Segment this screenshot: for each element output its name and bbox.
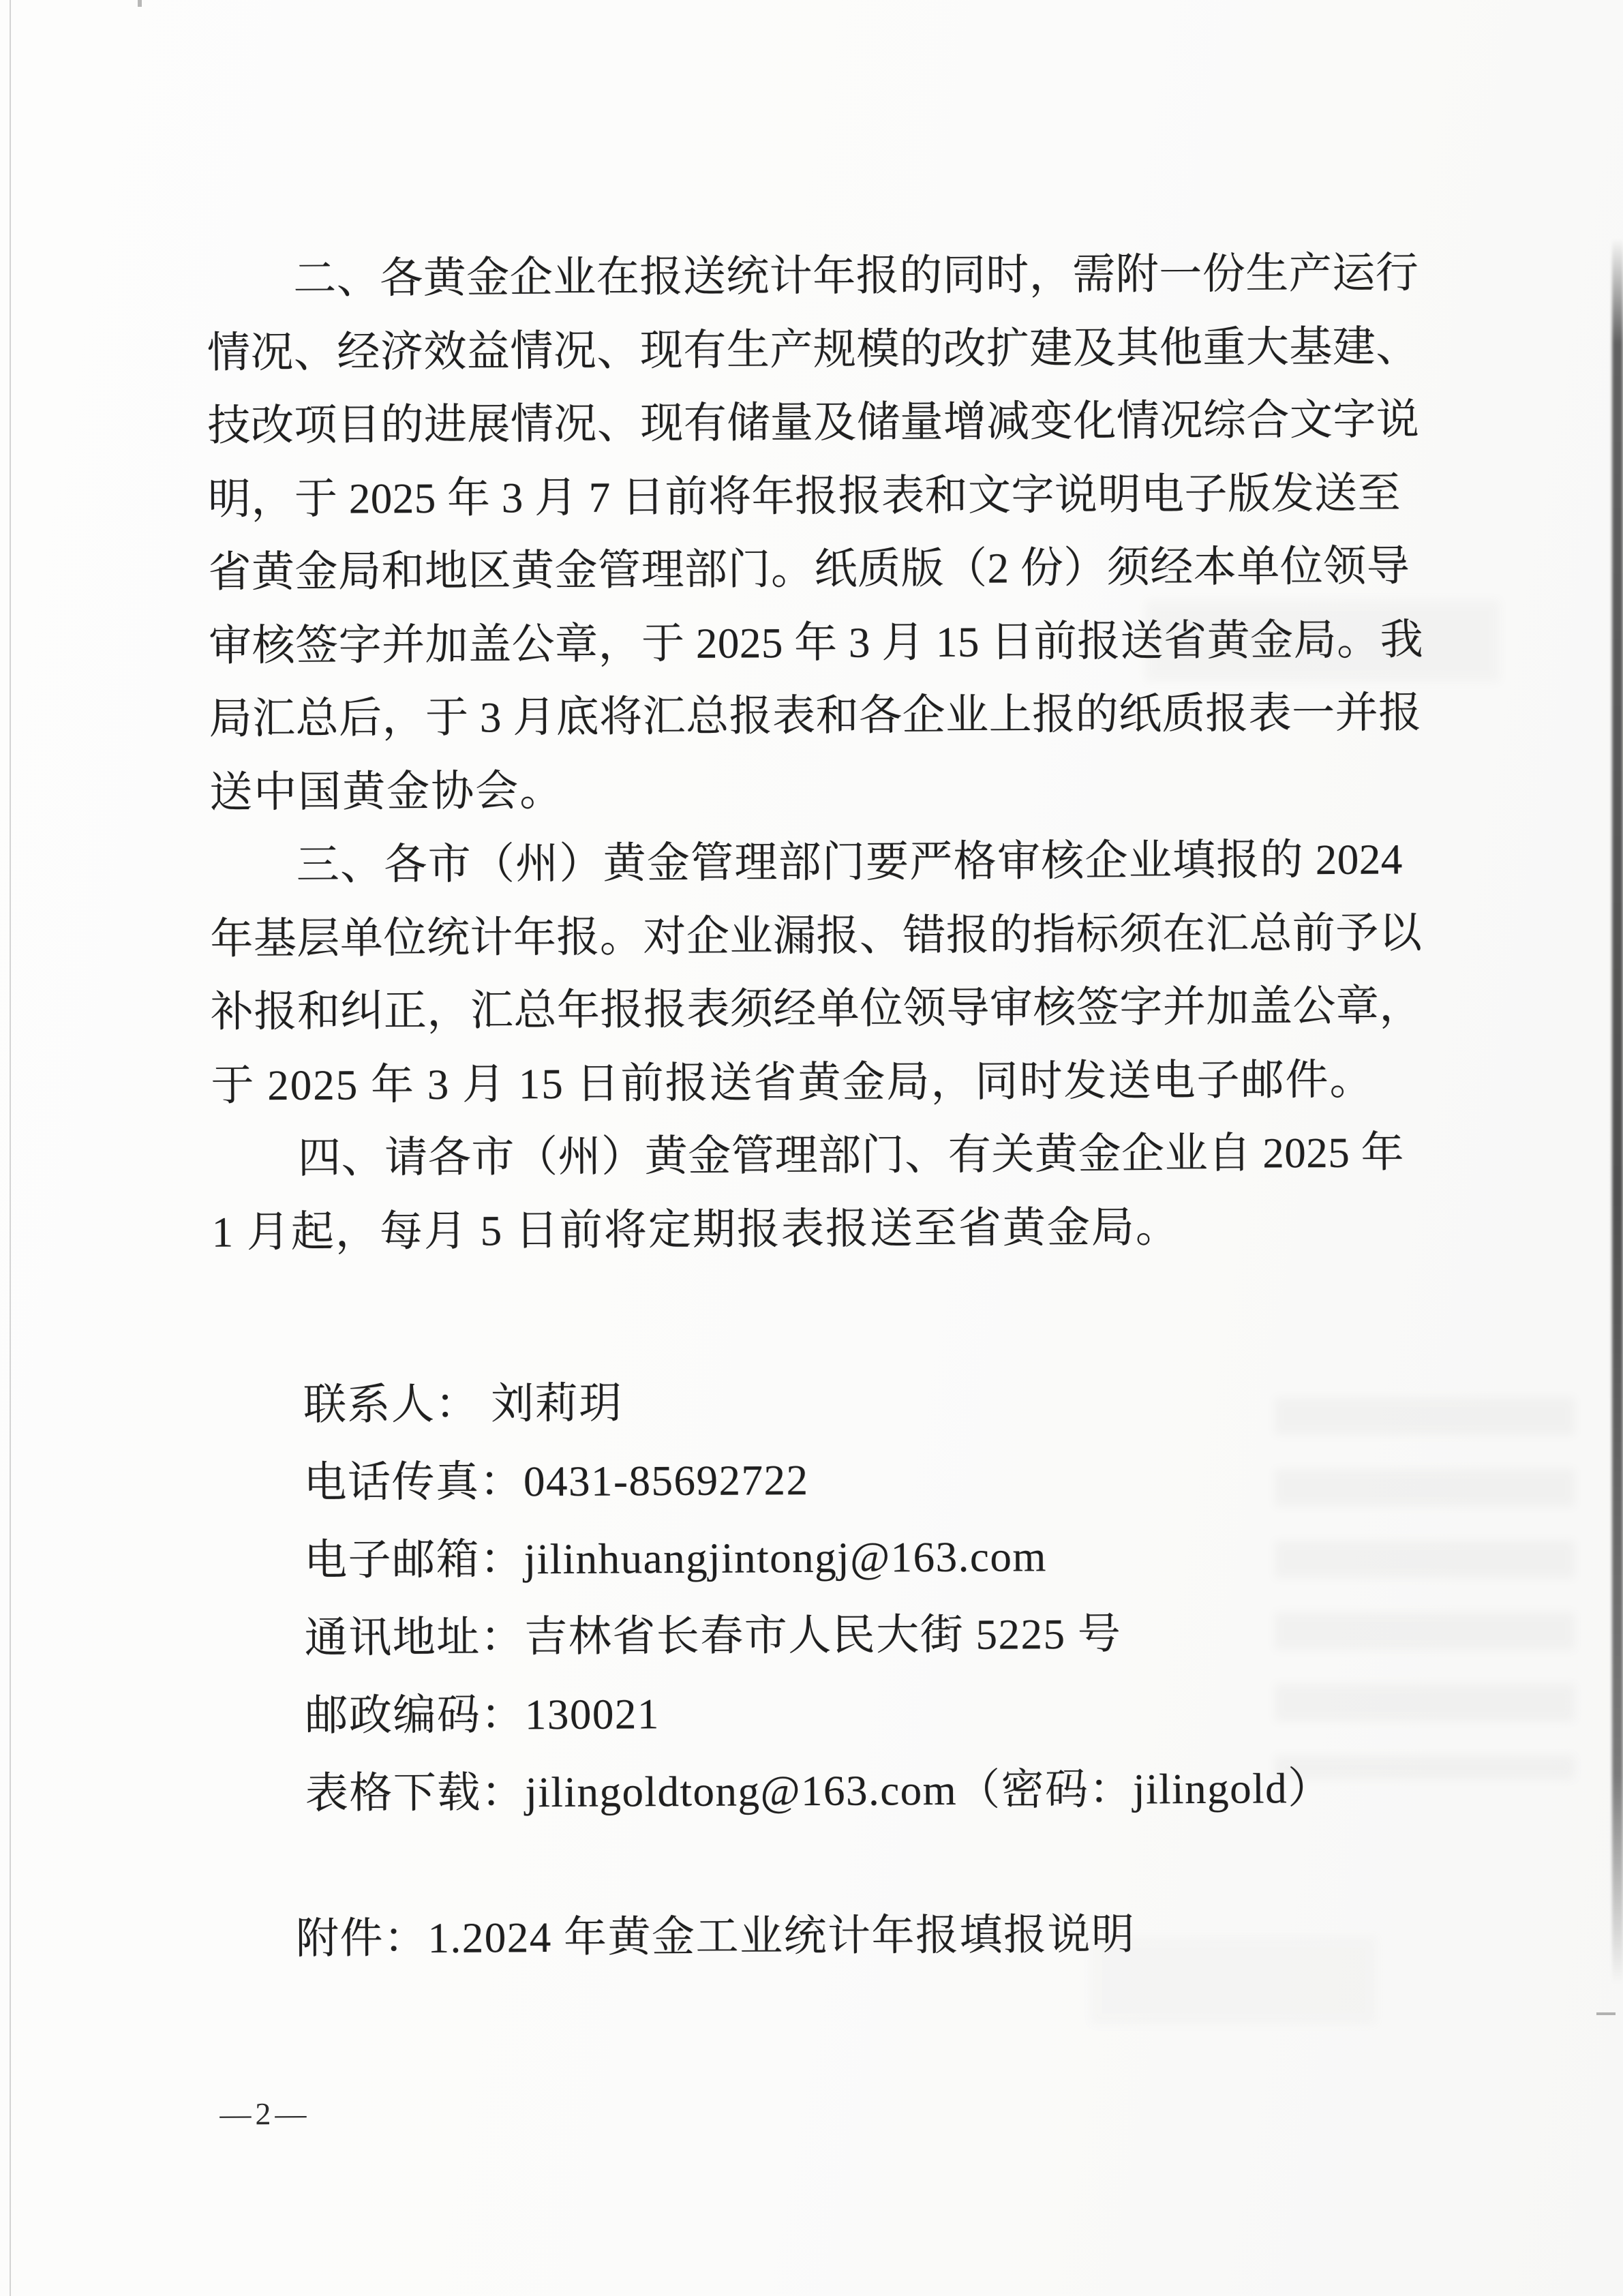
email-line: 电子邮箱：jilinhuangjintongj@163.com bbox=[304, 1515, 1463, 1599]
body-line: 三、各市（州）黄金管理部门要严格审核企业填报的 2024 bbox=[210, 823, 1404, 903]
mailing-address-line: 通讯地址：吉林省长春市人民大街 5225 号 bbox=[304, 1593, 1463, 1677]
contact-block: 联系人： 刘莉玥 电话传真：0431-85692722 电子邮箱：jilinhu… bbox=[303, 1360, 1465, 1832]
scanned-document-page: 二、各黄金企业在报送统计年报的同时，需附一份生产运行 情况、经济效益情况、现有生… bbox=[0, 0, 1623, 2296]
body-line: 情况、经济效益情况、现有生产规模的改扩建及其他重大基建、 bbox=[207, 310, 1401, 390]
postal-code-line: 邮政编码：130021 bbox=[305, 1671, 1464, 1755]
attachment-line: 附件：1.2024 年黄金工业统计年报填报说明 bbox=[296, 1897, 1136, 1976]
contact-person-line: 联系人： 刘莉玥 bbox=[303, 1360, 1463, 1444]
body-line: 1 月起，每月 5 日前将定期报表报送至省黄金局。 bbox=[211, 1190, 1405, 1269]
body-line: 局汇总后，于 3 月底将汇总报表和各企业上报的纸质报表一并报 bbox=[209, 676, 1402, 756]
body-line: 送中国黄金协会。 bbox=[209, 750, 1403, 830]
body-line: 二、各黄金企业在报送统计年报的同时，需附一份生产运行 bbox=[207, 237, 1400, 316]
page-number: —2— bbox=[219, 2090, 310, 2139]
document-content: 二、各黄金企业在报送统计年报的同时，需附一份生产运行 情况、经济效益情况、现有生… bbox=[0, 0, 1623, 2296]
form-download-line: 表格下载：jilingoldtong@163.com（密码：jilingold） bbox=[305, 1749, 1465, 1832]
phone-fax-line: 电话传真：0431-85692722 bbox=[303, 1438, 1463, 1522]
body-line: 省黄金局和地区黄金管理部门。纸质版（2 份）须经本单位领导 bbox=[208, 530, 1401, 609]
body-line: 于 2025 年 3 月 15 日前报送省黄金局，同时发送电子邮件。 bbox=[211, 1043, 1404, 1123]
body-line: 年基层单位统计年报。对企业漏报、错报的指标须在汇总前予以 bbox=[210, 896, 1404, 976]
body-line: 明，于 2025 年 3 月 7 日前将年报报表和文字说明电子版发送至 bbox=[208, 457, 1401, 537]
document-body: 二、各黄金企业在报送统计年报的同时，需附一份生产运行 情况、经济效益情况、现有生… bbox=[207, 237, 1405, 1269]
body-line: 补报和纠正，汇总年报报表须经单位领导审核签字并加盖公章， bbox=[211, 969, 1404, 1049]
body-line: 四、请各市（州）黄金管理部门、有关黄金企业自 2025 年 bbox=[211, 1116, 1405, 1196]
body-line: 技改项目的进展情况、现有储量及储量增减变化情况综合文字说 bbox=[207, 383, 1401, 463]
body-line: 审核签字并加盖公章，于 2025 年 3 月 15 日前报送省黄金局。我 bbox=[209, 603, 1402, 683]
